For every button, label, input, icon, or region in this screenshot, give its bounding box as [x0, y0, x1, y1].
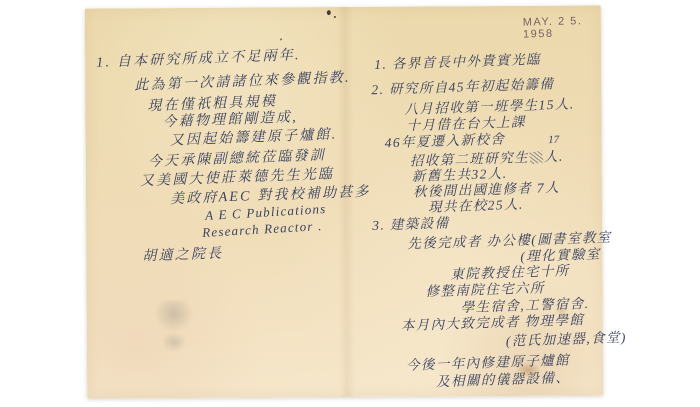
center-fold-crease	[337, 7, 355, 397]
crossed-out-number	[529, 150, 544, 164]
ink-smudge	[159, 330, 189, 354]
handwritten-line: 1. 各界首長中外貴賓光臨	[374, 48, 541, 73]
handwritten-line: 胡適之院長	[142, 242, 224, 265]
handwritten-line: (范氏加速器,食堂)	[506, 326, 627, 350]
line-suffix: 人.	[544, 149, 564, 165]
scanned-document: MAY. 2 5. 1958 1. 自本研究所成立不足兩年. 此為第一次請諸位來…	[0, 0, 700, 407]
handwritten-line: 1. 自本研究所成立不足兩年.	[96, 44, 301, 72]
paper-stain	[555, 306, 569, 316]
ink-speck	[327, 10, 331, 15]
inserted-number: 17	[548, 134, 559, 146]
handwritten-line: 此為第一次請諸位來參觀指教.	[134, 67, 351, 95]
ink-speck	[280, 38, 282, 40]
document-paper: MAY. 2 5. 1958 1. 自本研究所成立不足兩年. 此為第一次請諸位來…	[85, 5, 603, 398]
ink-speck	[334, 16, 336, 18]
handwritten-line: 及相關的儀器設備、	[436, 366, 571, 390]
paper-stain	[515, 362, 541, 378]
date-stamp: MAY. 2 5. 1958	[523, 15, 602, 41]
